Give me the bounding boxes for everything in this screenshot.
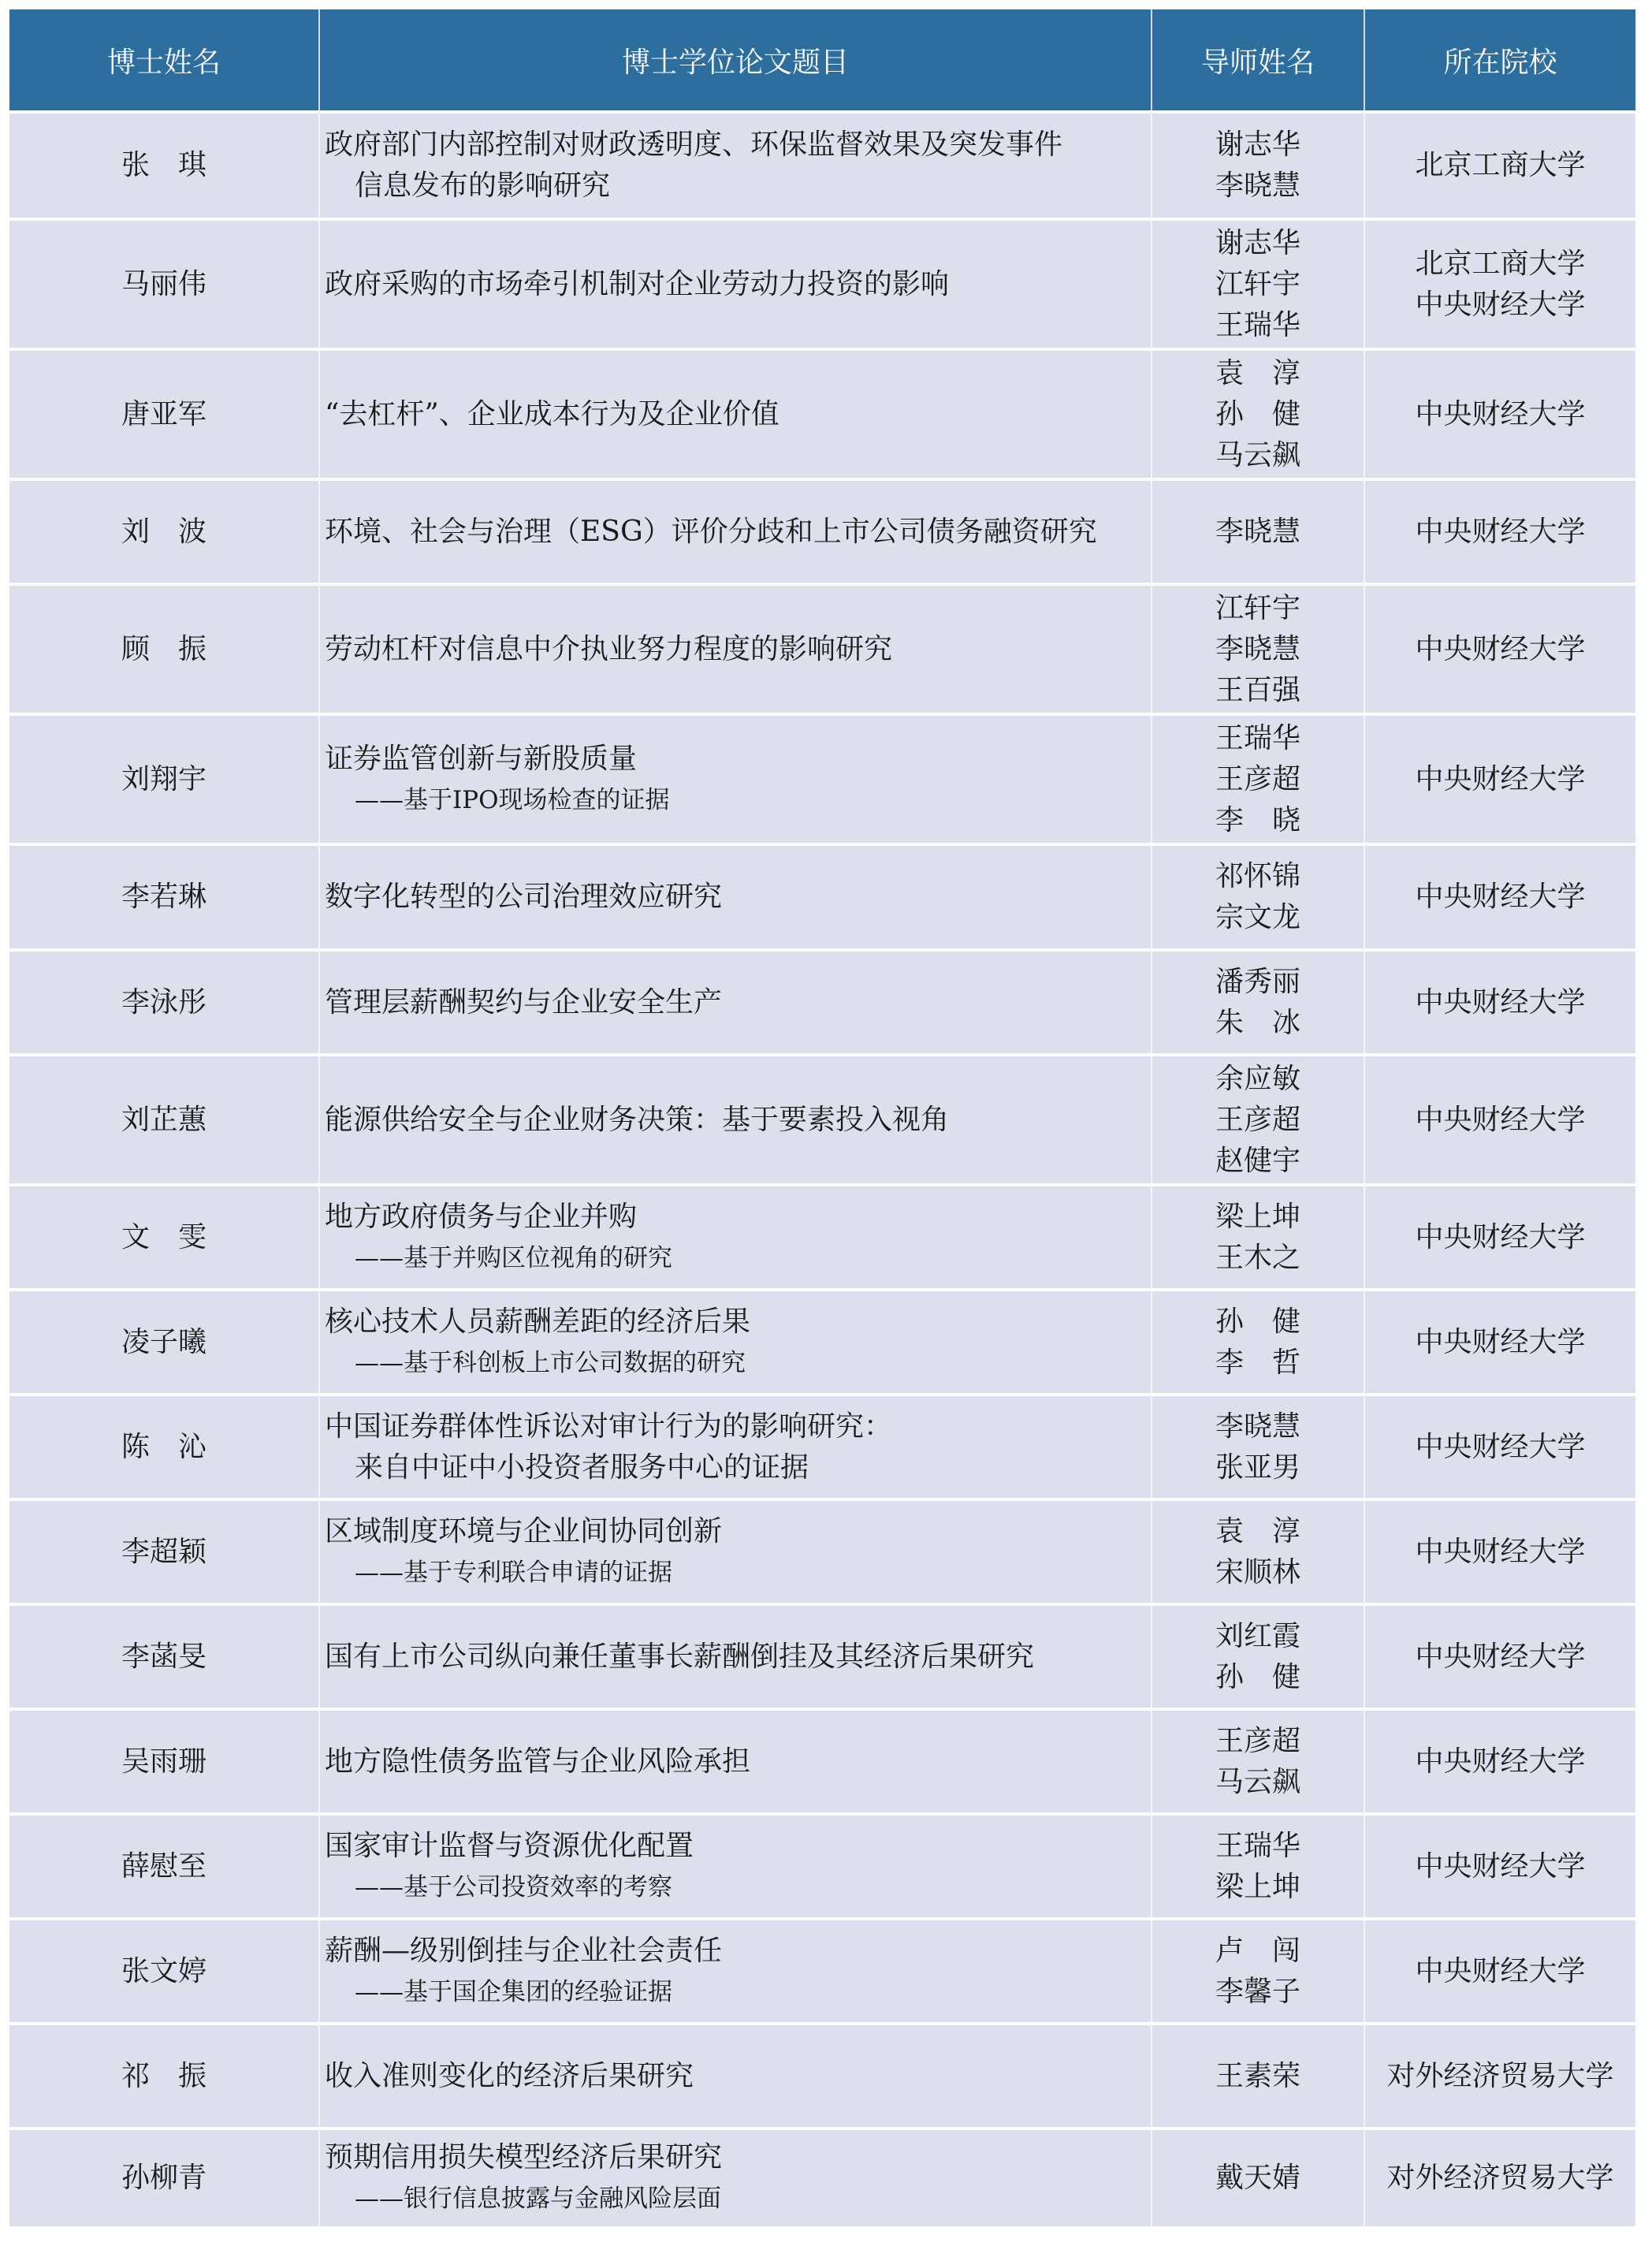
thesis-title: 证券监管创新与新股质量——基于IPO现场检查的证据 bbox=[320, 713, 1152, 843]
advisor-name: 李馨子 bbox=[1152, 1972, 1364, 2013]
advisor-names: 李晓慧张亚男 bbox=[1152, 1393, 1365, 1498]
doctor-name: 刘 波 bbox=[9, 478, 320, 583]
university-name: 中央财经大学 bbox=[1365, 1741, 1635, 1782]
university: 中央财经大学 bbox=[1365, 348, 1635, 478]
table-row: 马丽伟政府采购的市场牵引机制对企业劳动力投资的影响谢志华江轩宇王瑞华北京工商大学… bbox=[9, 218, 1635, 348]
university: 中央财经大学 bbox=[1365, 713, 1635, 843]
advisor-name: 江轩宇 bbox=[1152, 264, 1364, 305]
thesis-subtitle: ——基于IPO现场检查的证据 bbox=[325, 780, 1151, 821]
advisor-names: 谢志华江轩宇王瑞华 bbox=[1152, 218, 1365, 348]
university: 对外经济贸易大学 bbox=[1365, 2022, 1635, 2127]
university-name: 北京工商大学 bbox=[1365, 244, 1635, 285]
advisor-names: 戴天婧 bbox=[1152, 2127, 1365, 2226]
thesis-title: 收入准则变化的经济后果研究 bbox=[320, 2022, 1152, 2127]
thesis-title: 国有上市公司纵向兼任董事长薪酬倒挂及其经济后果研究 bbox=[320, 1603, 1152, 1708]
table-row: 唐亚军“去杠杆”、企业成本行为及企业价值袁 淳孙 健马云飙中央财经大学 bbox=[9, 348, 1635, 478]
advisor-name: 王彦超 bbox=[1152, 759, 1364, 800]
thesis-title: 能源供给安全与企业财务决策：基于要素投入视角 bbox=[320, 1053, 1152, 1183]
university: 北京工商大学 bbox=[1365, 110, 1635, 218]
thesis-title-line: 国家审计监督与资源优化配置 bbox=[325, 1826, 1151, 1867]
advisor-names: 王彦超马云飙 bbox=[1152, 1708, 1365, 1812]
thesis-title-line: 管理层薪酬契约与企业安全生产 bbox=[325, 982, 1151, 1023]
advisor-name: 王彦超 bbox=[1152, 1721, 1364, 1762]
table-row: 凌子曦核心技术人员薪酬差距的经济后果——基于科创板上市公司数据的研究孙 健李 哲… bbox=[9, 1288, 1635, 1393]
thesis-title-line: 预期信用损失模型经济后果研究 bbox=[325, 2137, 1151, 2178]
advisor-name: 赵健宇 bbox=[1152, 1141, 1364, 1182]
university-name: 中央财经大学 bbox=[1365, 982, 1635, 1023]
advisor-names: 李晓慧 bbox=[1152, 478, 1365, 583]
university: 对外经济贸易大学 bbox=[1365, 2127, 1635, 2226]
thesis-title: 数字化转型的公司治理效应研究 bbox=[320, 843, 1152, 948]
header-doctor-name: 博士姓名 bbox=[9, 9, 320, 110]
doctor-name: 张文婷 bbox=[9, 1917, 320, 2022]
advisor-name: 孙 健 bbox=[1152, 1657, 1364, 1698]
table-body: 张 琪政府部门内部控制对财政透明度、环保监督效果及突发事件信息发布的影响研究谢志… bbox=[9, 110, 1635, 2226]
doctor-name: 李菡旻 bbox=[9, 1603, 320, 1708]
advisor-name: 余应敏 bbox=[1152, 1059, 1364, 1100]
university: 北京工商大学中央财经大学 bbox=[1365, 218, 1635, 348]
advisor-names: 卢 闯李馨子 bbox=[1152, 1917, 1365, 2022]
table-row: 李泳彤管理层薪酬契约与企业安全生产潘秀丽朱 冰中央财经大学 bbox=[9, 948, 1635, 1053]
thesis-title: 地方政府债务与企业并购——基于并购区位视角的研究 bbox=[320, 1183, 1152, 1288]
thesis-title: 政府采购的市场牵引机制对企业劳动力投资的影响 bbox=[320, 218, 1152, 348]
table-row: 刘 波环境、社会与治理（ESG）评价分歧和上市公司债务融资研究李晓慧中央财经大学 bbox=[9, 478, 1635, 583]
university: 中央财经大学 bbox=[1365, 478, 1635, 583]
university-name: 对外经济贸易大学 bbox=[1365, 2158, 1635, 2199]
table-row: 李超颖区域制度环境与企业间协同创新——基于专利联合申请的证据袁 淳宋顺林中央财经… bbox=[9, 1498, 1635, 1603]
advisor-name: 刘红霞 bbox=[1152, 1616, 1364, 1657]
advisor-name: 张亚男 bbox=[1152, 1447, 1364, 1488]
university: 中央财经大学 bbox=[1365, 1812, 1635, 1917]
thesis-title-line: 政府部门内部控制对财政透明度、环保监督效果及突发事件 bbox=[325, 125, 1151, 166]
advisor-name: 宗文龙 bbox=[1152, 897, 1364, 938]
university-name: 中央财经大学 bbox=[1365, 1951, 1635, 1992]
thesis-title-line: 证券监管创新与新股质量 bbox=[325, 739, 1151, 780]
thesis-subtitle: ——基于公司投资效率的考察 bbox=[325, 1867, 1151, 1908]
university: 中央财经大学 bbox=[1365, 1393, 1635, 1498]
advisor-name: 王彦超 bbox=[1152, 1100, 1364, 1141]
university: 中央财经大学 bbox=[1365, 948, 1635, 1053]
doctor-name: 李超颖 bbox=[9, 1498, 320, 1603]
table-row: 李菡旻国有上市公司纵向兼任董事长薪酬倒挂及其经济后果研究刘红霞孙 健中央财经大学 bbox=[9, 1603, 1635, 1708]
university-name: 北京工商大学 bbox=[1365, 145, 1635, 186]
thesis-title-line: 数字化转型的公司治理效应研究 bbox=[325, 877, 1151, 918]
advisor-names: 余应敏王彦超赵健宇 bbox=[1152, 1053, 1365, 1183]
thesis-title-line: 信息发布的影响研究 bbox=[325, 166, 1151, 207]
advisor-name: 马云飙 bbox=[1152, 435, 1364, 476]
thesis-title-line: 收入准则变化的经济后果研究 bbox=[325, 2056, 1151, 2097]
table-row: 孙柳青预期信用损失模型经济后果研究——银行信息披露与金融风险层面戴天婧对外经济贸… bbox=[9, 2127, 1635, 2226]
thesis-subtitle: ——基于专利联合申请的证据 bbox=[325, 1552, 1151, 1593]
advisor-names: 梁上坤王木之 bbox=[1152, 1183, 1365, 1288]
table-row: 李若琳数字化转型的公司治理效应研究祁怀锦宗文龙中央财经大学 bbox=[9, 843, 1635, 948]
thesis-title-line: 地方隐性债务监管与企业风险承担 bbox=[325, 1741, 1151, 1782]
university: 中央财经大学 bbox=[1365, 1708, 1635, 1812]
university: 中央财经大学 bbox=[1365, 1053, 1635, 1183]
advisor-name: 袁 淳 bbox=[1152, 353, 1364, 394]
advisor-name: 谢志华 bbox=[1152, 223, 1364, 264]
university-name: 中央财经大学 bbox=[1365, 394, 1635, 435]
university-name: 中央财经大学 bbox=[1365, 1217, 1635, 1258]
advisor-name: 朱 冰 bbox=[1152, 1003, 1364, 1044]
university: 中央财经大学 bbox=[1365, 1917, 1635, 2022]
thesis-title-line: 国有上市公司纵向兼任董事长薪酬倒挂及其经济后果研究 bbox=[325, 1637, 1151, 1678]
table-row: 文 雯地方政府债务与企业并购——基于并购区位视角的研究梁上坤王木之中央财经大学 bbox=[9, 1183, 1635, 1288]
thesis-subtitle: ——基于并购区位视角的研究 bbox=[325, 1238, 1151, 1279]
thesis-title-line: 薪酬—级别倒挂与企业社会责任 bbox=[325, 1931, 1151, 1972]
thesis-title: 核心技术人员薪酬差距的经济后果——基于科创板上市公司数据的研究 bbox=[320, 1288, 1152, 1393]
university: 中央财经大学 bbox=[1365, 583, 1635, 713]
doctor-name: 孙柳青 bbox=[9, 2127, 320, 2226]
advisor-name: 王百强 bbox=[1152, 670, 1364, 711]
header-university: 所在院校 bbox=[1365, 9, 1635, 110]
thesis-subtitle: ——基于科创板上市公司数据的研究 bbox=[325, 1343, 1151, 1384]
university-name: 中央财经大学 bbox=[1365, 877, 1635, 918]
doctor-name: 唐亚军 bbox=[9, 348, 320, 478]
advisor-name: 孙 健 bbox=[1152, 394, 1364, 435]
advisor-name: 王瑞华 bbox=[1152, 305, 1364, 346]
advisor-name: 李 哲 bbox=[1152, 1343, 1364, 1384]
advisor-name: 谢志华 bbox=[1152, 125, 1364, 166]
advisor-name: 李晓慧 bbox=[1152, 166, 1364, 207]
thesis-title: 预期信用损失模型经济后果研究——银行信息披露与金融风险层面 bbox=[320, 2127, 1152, 2226]
advisor-names: 谢志华李晓慧 bbox=[1152, 110, 1365, 218]
table-row: 张 琪政府部门内部控制对财政透明度、环保监督效果及突发事件信息发布的影响研究谢志… bbox=[9, 110, 1635, 218]
university-name: 中央财经大学 bbox=[1365, 1532, 1635, 1573]
thesis-title-line: 地方政府债务与企业并购 bbox=[325, 1197, 1151, 1238]
thesis-title-line: 中国证券群体性诉讼对审计行为的影响研究： bbox=[325, 1406, 1151, 1447]
doctor-name: 李若琳 bbox=[9, 843, 320, 948]
advisor-name: 宋顺林 bbox=[1152, 1552, 1364, 1593]
doctor-name: 凌子曦 bbox=[9, 1288, 320, 1393]
thesis-title-line: 核心技术人员薪酬差距的经济后果 bbox=[325, 1302, 1151, 1343]
table-row: 陈 沁中国证券群体性诉讼对审计行为的影响研究：来自中证中小投资者服务中心的证据李… bbox=[9, 1393, 1635, 1498]
thesis-title-line: 政府采购的市场牵引机制对企业劳动力投资的影响 bbox=[325, 264, 1151, 305]
doctor-name: 马丽伟 bbox=[9, 218, 320, 348]
advisor-names: 祁怀锦宗文龙 bbox=[1152, 843, 1365, 948]
doctor-name: 陈 沁 bbox=[9, 1393, 320, 1498]
advisor-name: 江轩宇 bbox=[1152, 588, 1364, 629]
advisor-names: 孙 健李 哲 bbox=[1152, 1288, 1365, 1393]
advisor-name: 孙 健 bbox=[1152, 1302, 1364, 1343]
thesis-title: 区域制度环境与企业间协同创新——基于专利联合申请的证据 bbox=[320, 1498, 1152, 1603]
doctor-name: 文 雯 bbox=[9, 1183, 320, 1288]
thesis-subtitle: ——银行信息披露与金融风险层面 bbox=[325, 2178, 1151, 2219]
advisor-name: 祁怀锦 bbox=[1152, 856, 1364, 897]
thesis-title: 环境、社会与治理（ESG）评价分歧和上市公司债务融资研究 bbox=[320, 478, 1152, 583]
university-name: 中央财经大学 bbox=[1365, 1637, 1635, 1678]
advisor-name: 戴天婧 bbox=[1152, 2158, 1364, 2199]
table-row: 刘芷蕙能源供给安全与企业财务决策：基于要素投入视角余应敏王彦超赵健宇中央财经大学 bbox=[9, 1053, 1635, 1183]
advisor-names: 袁 淳宋顺林 bbox=[1152, 1498, 1365, 1603]
thesis-title: 管理层薪酬契约与企业安全生产 bbox=[320, 948, 1152, 1053]
advisor-name: 卢 闯 bbox=[1152, 1931, 1364, 1972]
table-row: 吴雨珊地方隐性债务监管与企业风险承担王彦超马云飙中央财经大学 bbox=[9, 1708, 1635, 1812]
advisor-name: 马云飙 bbox=[1152, 1762, 1364, 1803]
university: 中央财经大学 bbox=[1365, 843, 1635, 948]
table-row: 祁 振收入准则变化的经济后果研究王素荣对外经济贸易大学 bbox=[9, 2022, 1635, 2127]
thesis-title: 劳动杠杆对信息中介执业努力程度的影响研究 bbox=[320, 583, 1152, 713]
thesis-table: 博士姓名 博士学位论文题目 导师姓名 所在院校 张 琪政府部门内部控制对财政透明… bbox=[9, 9, 1635, 2226]
advisor-names: 王瑞华梁上坤 bbox=[1152, 1812, 1365, 1917]
advisor-names: 王素荣 bbox=[1152, 2022, 1365, 2127]
advisor-names: 王瑞华王彦超李 晓 bbox=[1152, 713, 1365, 843]
table-row: 薛慰至国家审计监督与资源优化配置——基于公司投资效率的考察王瑞华梁上坤中央财经大… bbox=[9, 1812, 1635, 1917]
university: 中央财经大学 bbox=[1365, 1603, 1635, 1708]
thesis-title-line: 区域制度环境与企业间协同创新 bbox=[325, 1511, 1151, 1552]
table-row: 顾 振劳动杠杆对信息中介执业努力程度的影响研究江轩宇李晓慧王百强中央财经大学 bbox=[9, 583, 1635, 713]
advisor-names: 江轩宇李晓慧王百强 bbox=[1152, 583, 1365, 713]
university-name: 中央财经大学 bbox=[1365, 629, 1635, 670]
advisor-name: 袁 淳 bbox=[1152, 1511, 1364, 1552]
thesis-title: 政府部门内部控制对财政透明度、环保监督效果及突发事件信息发布的影响研究 bbox=[320, 110, 1152, 218]
advisor-name: 王瑞华 bbox=[1152, 1826, 1364, 1867]
header-row: 博士姓名 博士学位论文题目 导师姓名 所在院校 bbox=[9, 9, 1635, 110]
thesis-title: 国家审计监督与资源优化配置——基于公司投资效率的考察 bbox=[320, 1812, 1152, 1917]
thesis-title: 薪酬—级别倒挂与企业社会责任——基于国企集团的经验证据 bbox=[320, 1917, 1152, 2022]
doctor-name: 刘翔宇 bbox=[9, 713, 320, 843]
university-name: 中央财经大学 bbox=[1365, 285, 1635, 326]
advisor-name: 梁上坤 bbox=[1152, 1867, 1364, 1908]
advisor-names: 刘红霞孙 健 bbox=[1152, 1603, 1365, 1708]
table-row: 张文婷薪酬—级别倒挂与企业社会责任——基于国企集团的经验证据卢 闯李馨子中央财经… bbox=[9, 1917, 1635, 2022]
doctor-name: 薛慰至 bbox=[9, 1812, 320, 1917]
university-name: 对外经济贸易大学 bbox=[1365, 2056, 1635, 2097]
university-name: 中央财经大学 bbox=[1365, 1427, 1635, 1468]
header-advisor-name: 导师姓名 bbox=[1152, 9, 1365, 110]
thesis-title: “去杠杆”、企业成本行为及企业价值 bbox=[320, 348, 1152, 478]
thesis-title-line: 环境、社会与治理（ESG）评价分歧和上市公司债务融资研究 bbox=[325, 512, 1151, 553]
university-name: 中央财经大学 bbox=[1365, 512, 1635, 553]
university: 中央财经大学 bbox=[1365, 1183, 1635, 1288]
university-name: 中央财经大学 bbox=[1365, 1100, 1635, 1141]
thesis-title: 中国证券群体性诉讼对审计行为的影响研究：来自中证中小投资者服务中心的证据 bbox=[320, 1393, 1152, 1498]
university: 中央财经大学 bbox=[1365, 1288, 1635, 1393]
doctor-name: 张 琪 bbox=[9, 110, 320, 218]
advisor-name: 李 晓 bbox=[1152, 800, 1364, 841]
table-row: 刘翔宇证券监管创新与新股质量——基于IPO现场检查的证据王瑞华王彦超李 晓中央财… bbox=[9, 713, 1635, 843]
advisor-name: 潘秀丽 bbox=[1152, 962, 1364, 1003]
advisor-name: 李晓慧 bbox=[1152, 1406, 1364, 1447]
thesis-title-line: 能源供给安全与企业财务决策：基于要素投入视角 bbox=[325, 1100, 1151, 1141]
thesis-title-line: 劳动杠杆对信息中介执业努力程度的影响研究 bbox=[325, 629, 1151, 670]
thesis-title-line: 来自中证中小投资者服务中心的证据 bbox=[325, 1447, 1151, 1488]
advisor-names: 袁 淳孙 健马云飙 bbox=[1152, 348, 1365, 478]
advisor-name: 梁上坤 bbox=[1152, 1197, 1364, 1238]
university-name: 中央财经大学 bbox=[1365, 759, 1635, 800]
doctor-name: 吴雨珊 bbox=[9, 1708, 320, 1812]
university-name: 中央财经大学 bbox=[1365, 1322, 1635, 1363]
advisor-name: 王瑞华 bbox=[1152, 718, 1364, 759]
header-thesis-title: 博士学位论文题目 bbox=[320, 9, 1152, 110]
advisor-name: 李晓慧 bbox=[1152, 629, 1364, 670]
advisor-name: 王木之 bbox=[1152, 1238, 1364, 1279]
thesis-subtitle: ——基于国企集团的经验证据 bbox=[325, 1972, 1151, 2013]
advisor-name: 王素荣 bbox=[1152, 2056, 1364, 2097]
university-name: 中央财经大学 bbox=[1365, 1846, 1635, 1887]
advisor-names: 潘秀丽朱 冰 bbox=[1152, 948, 1365, 1053]
thesis-title: 地方隐性债务监管与企业风险承担 bbox=[320, 1708, 1152, 1812]
advisor-name: 李晓慧 bbox=[1152, 512, 1364, 553]
thesis-title-line: “去杠杆”、企业成本行为及企业价值 bbox=[325, 394, 1151, 435]
doctor-name: 刘芷蕙 bbox=[9, 1053, 320, 1183]
university: 中央财经大学 bbox=[1365, 1498, 1635, 1603]
doctor-name: 顾 振 bbox=[9, 583, 320, 713]
doctor-name: 李泳彤 bbox=[9, 948, 320, 1053]
doctor-name: 祁 振 bbox=[9, 2022, 320, 2127]
